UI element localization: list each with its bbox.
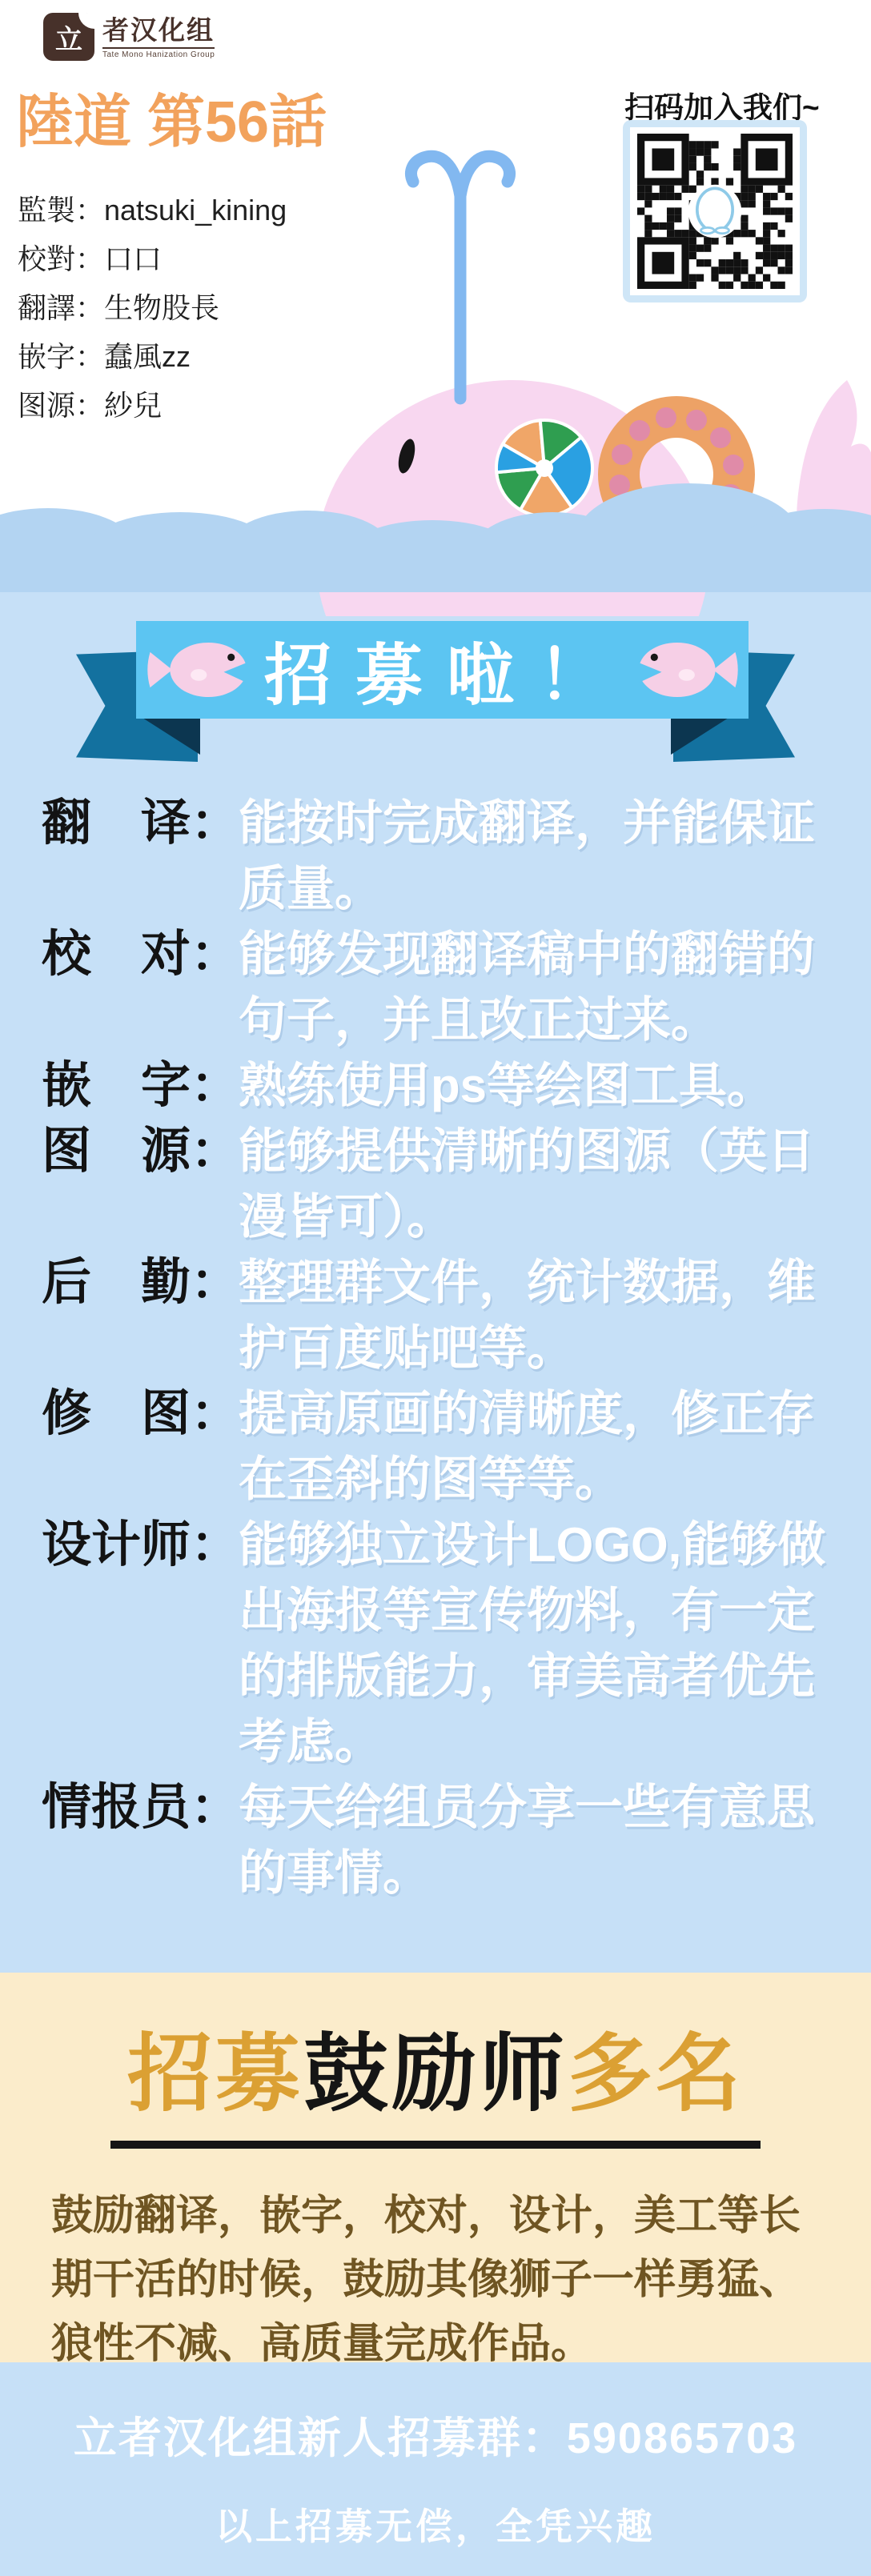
role-desc: 能够发现翻译稿中的翻错的句子，并且改正过来。 <box>239 922 833 1053</box>
role-desc: 整理群文件，统计数据，维护百度贴吧等。 <box>239 1250 833 1381</box>
role-row: 图 源： 能够提供清晰的图源（英日漫皆可）。 <box>0 1119 871 1250</box>
wave-crest <box>0 483 871 592</box>
whale-tail <box>796 380 871 560</box>
fish-icon <box>146 633 256 707</box>
role-label: 设计师： <box>42 1512 239 1578</box>
logo-name-cn: 者汉化组 <box>102 16 215 45</box>
role-desc: 能够提供清晰的图源（英日漫皆可）。 <box>239 1119 833 1250</box>
logo-texts: 者汉化组 Tate Mono Hanization Group <box>102 13 215 59</box>
role-row: 后 勤： 整理群文件，统计数据，维护百度贴吧等。 <box>0 1250 871 1381</box>
credits-list: 監製：natsuki_kining 校對：口口 翻譯：生物股長 嵌字：蠢風zz … <box>18 186 287 430</box>
role-row: 情报员： 每天给组员分享一些有意思的事情。 <box>0 1775 871 1906</box>
role-label: 校 对： <box>42 922 239 988</box>
credit-line: 嵌字：蠢風zz <box>18 332 287 381</box>
encourager-section: 招募鼓励师多名 鼓励翻译，嵌字，校对，设计，美工等长期干活的时候，鼓励其像狮子一… <box>0 1973 871 2362</box>
swim-ring-dots <box>609 407 744 529</box>
recruitment-poster: 立 者汉化组 Tate Mono Hanization Group 陸道 第56… <box>0 0 871 2576</box>
qr-code <box>623 120 807 302</box>
role-label: 修 图： <box>42 1381 239 1447</box>
role-desc: 提高原画的清晰度，修正存在歪斜的图等等。 <box>239 1381 833 1512</box>
role-label: 情报员： <box>42 1775 239 1841</box>
heading-middle: 鼓励师 <box>303 2027 568 2121</box>
role-row: 设计师： 能够独立设计LOGO,能够做出海报等宣传物料，有一定的排版能力，审美高… <box>0 1512 871 1775</box>
role-row: 翻 译： 能按时完成翻译，并能保证质量。 <box>0 791 871 922</box>
qq-group-line: 立者汉化组新人招募群：590865703 <box>0 2404 871 2466</box>
chapter-title: 陸道 第56話 <box>16 75 327 158</box>
role-desc: 每天给组员分享一些有意思的事情。 <box>239 1775 833 1906</box>
role-row: 修 图： 提高原画的清晰度，修正存在歪斜的图等等。 <box>0 1381 871 1512</box>
role-row: 嵌 字： 熟练使用ps等绘图工具。 <box>0 1053 871 1119</box>
beach-ball-icon <box>496 420 592 516</box>
encourager-description: 鼓励翻译，嵌字，校对，设计，美工等长期干活的时候，鼓励其像狮子一样勇猛、狼性不减… <box>0 2184 871 2376</box>
qr-pattern <box>636 134 793 289</box>
footer-note: 以上招募无偿，全凭兴趣 <box>0 2498 871 2550</box>
credit-line: 翻譯：生物股長 <box>18 283 287 332</box>
credit-line: 校對：口口 <box>18 234 287 283</box>
banner-title: 招募啦！ <box>256 622 629 719</box>
roles-list: 翻 译： 能按时完成翻译，并能保证质量。 校 对： 能够发现翻译稿中的翻错的句子… <box>0 791 871 1906</box>
role-row: 校 对： 能够发现翻译稿中的翻错的句子，并且改正过来。 <box>0 922 871 1053</box>
water-spout-icon <box>411 156 510 399</box>
qr-inner <box>630 127 800 295</box>
footer-section: 立者汉化组新人招募群：590865703 以上招募无偿，全凭兴趣 <box>0 2362 871 2576</box>
role-desc: 能按时完成翻译，并能保证质量。 <box>239 791 833 922</box>
logo-icon: 立 <box>43 13 94 61</box>
role-desc: 熟练使用ps等绘图工具。 <box>239 1053 833 1119</box>
group-logo: 立 者汉化组 Tate Mono Hanization Group <box>43 13 215 61</box>
role-desc: 能够独立设计LOGO,能够做出海报等宣传物料，有一定的排版能力，审美高者优先考虑… <box>239 1512 833 1775</box>
credit-line: 图源：紗兒 <box>18 381 287 430</box>
swim-ring-icon <box>598 396 755 553</box>
recruit-banner: 招募啦！ <box>136 621 749 719</box>
whale-body <box>316 380 708 616</box>
role-label: 后 勤： <box>42 1250 239 1316</box>
heading-suffix: 多名 <box>568 2027 744 2121</box>
encourager-heading: 招募鼓励师多名 <box>0 2006 871 2128</box>
role-label: 翻 译： <box>42 791 239 856</box>
credit-line: 監製：natsuki_kining <box>18 186 287 234</box>
role-label: 嵌 字： <box>42 1053 239 1119</box>
whale-eye <box>395 437 418 475</box>
logo-name-en: Tate Mono Hanization Group <box>102 47 215 59</box>
fish-icon <box>629 633 740 707</box>
heading-prefix: 招募 <box>127 2027 303 2121</box>
heading-underline <box>110 2141 761 2149</box>
logo-glyph: 立 <box>55 18 82 57</box>
role-label: 图 源： <box>42 1119 239 1184</box>
